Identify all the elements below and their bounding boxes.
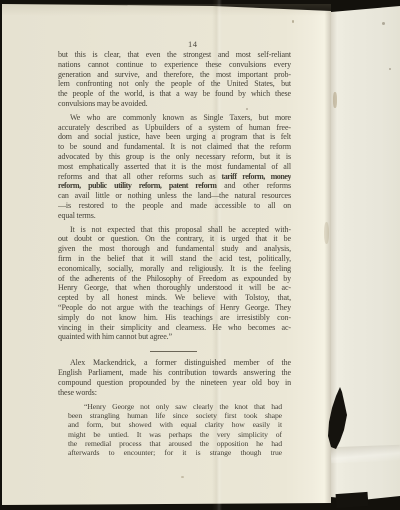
text-line: reform, public utility reform, patent re…	[58, 181, 291, 191]
text-line: vincing in their simplicity and clearnes…	[58, 323, 291, 333]
text-line: and form, but showed with equal clarity …	[68, 420, 282, 429]
paragraph-p1: but this is clear, that even the stronge…	[58, 50, 291, 109]
text-line: firm in the belief that it will stand th…	[58, 254, 291, 264]
text-line: reforms and that all other reforms such …	[58, 172, 291, 182]
text-line: It is not expected that this proposal sh…	[58, 225, 291, 235]
text-line: quainted with him cannot but agree.”	[58, 332, 291, 342]
page-text: but this is clear, that even the stronge…	[58, 50, 291, 457]
section-separator	[150, 351, 197, 352]
text-line: simply do not know him. His teachings ar…	[58, 313, 291, 323]
text-line: nations cannot continue to experience th…	[58, 60, 291, 70]
text-line: to be sound and fundamental. It is not c…	[58, 142, 291, 152]
text-line: these words:	[58, 388, 291, 398]
text-line: Alex Mackendrick, a former distinguished…	[58, 358, 291, 368]
text-line: compound question propounded by the nine…	[58, 378, 291, 388]
text-line: afterwards to encounter; for it is stran…	[68, 448, 282, 457]
text-line: English Parliament, made his contributio…	[58, 368, 291, 378]
text-line: —is restored to the people and made acce…	[58, 201, 291, 211]
text-line: convulsions may be avoided.	[58, 99, 291, 109]
page-number: 14	[188, 39, 198, 49]
text-line: might be untied. It was perhaps the very…	[68, 430, 282, 439]
text-line: economically, socially, morally and reli…	[58, 264, 291, 274]
text-line: dom and social justice, have been urging…	[58, 132, 291, 142]
text-line: Henry George, that when thoroughly under…	[58, 283, 291, 293]
text-line: equal terms.	[58, 211, 291, 221]
paragraph-p3: It is not expected that this proposal sh…	[58, 225, 291, 343]
text-line: most emphatically asserted that it is th…	[58, 162, 291, 172]
text-line: “People do not argue with the teachings …	[58, 303, 291, 313]
text-line: lem confronting not only the people of t…	[58, 79, 291, 89]
text-line: generation and survive, and therefore, t…	[58, 70, 291, 80]
text-line: of the adherents of the Philosophy of Fr…	[58, 274, 291, 284]
text-line: the remedial process that aroused the op…	[68, 439, 282, 448]
text-line: but this is clear, that even the stronge…	[58, 50, 291, 60]
text-line: We who are commonly known as Single Taxe…	[58, 113, 291, 123]
text-line: the people of the world, is that a way b…	[58, 89, 291, 99]
page-tear	[322, 382, 354, 454]
text-line: out doubt or question. On the contrary, …	[58, 234, 291, 244]
corner-tear	[336, 492, 369, 508]
paragraph-p4: Alex Mackendrick, a former distinguished…	[58, 358, 291, 397]
paragraph-p2: We who are commonly known as Single Taxe…	[58, 113, 291, 221]
text-line: can avail little or nothing unless the l…	[58, 191, 291, 201]
text-line: advocated by this group is the only nece…	[58, 152, 291, 162]
text-line: cepted by all honest minds. We believe w…	[58, 293, 291, 303]
text-line: “Henry George not only saw clearly the k…	[68, 402, 282, 411]
text-line: given the most thorough and fundamental …	[58, 244, 291, 254]
text-line: been strangling human life since society…	[68, 411, 282, 420]
text-line: accurately described as Upbuilders of a …	[58, 123, 291, 133]
paragraph-quote: “Henry George not only saw clearly the k…	[68, 402, 282, 457]
